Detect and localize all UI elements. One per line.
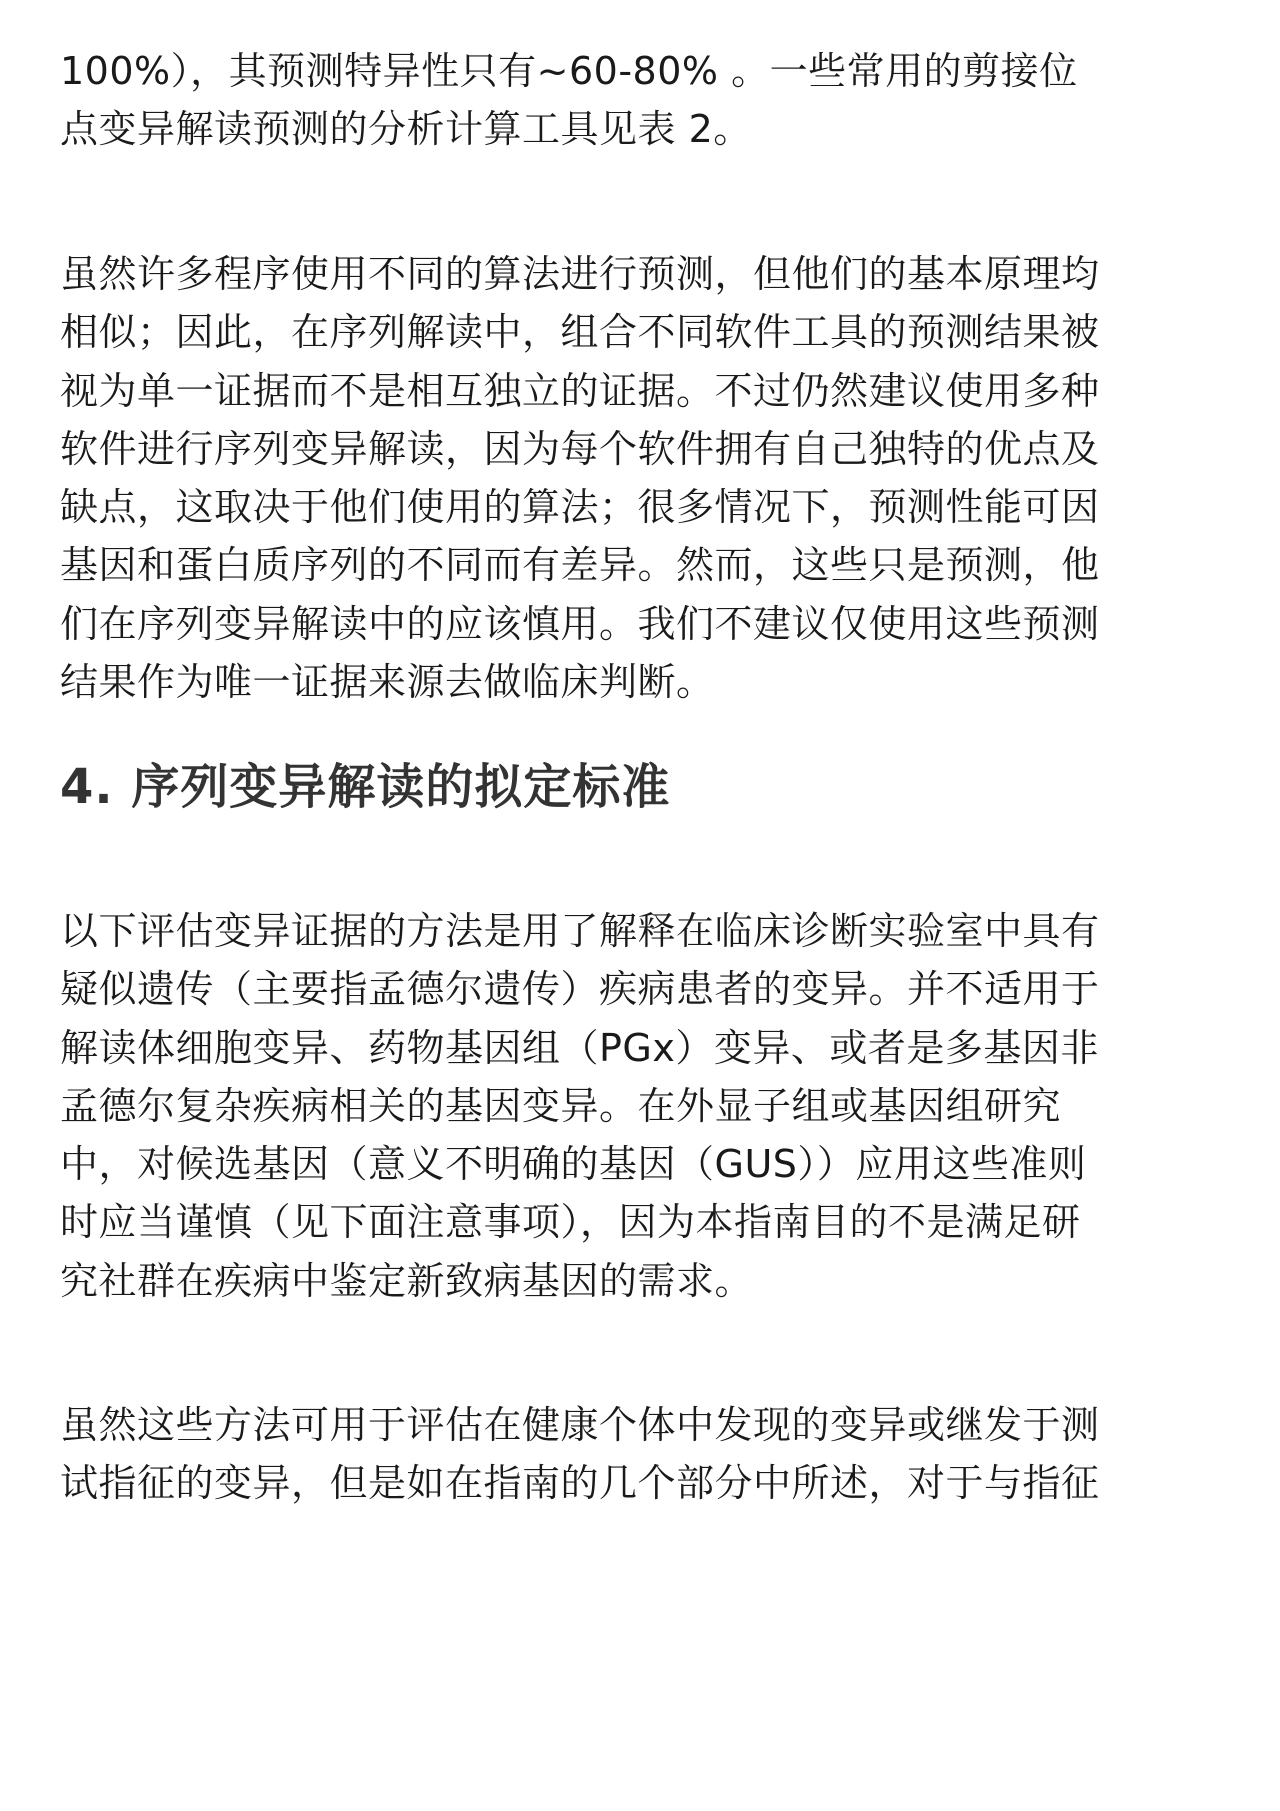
text-line: 软件进行序列变异解读，因为每个软件拥有自己独特的优点及 (60, 420, 1230, 478)
text-line: 解读体细胞变异、药物基因组（PGx）变异、或者是多基因非 (60, 1019, 1230, 1077)
text-line: 基因和蛋白质序列的不同而有差异。然而，这些只是预测，他 (60, 536, 1230, 594)
text-line: 中，对候选基因（意义不明确的基因（GUS））应用这些准则 (60, 1135, 1230, 1193)
text-line: 试指征的变异，但是如在指南的几个部分中所述，对于与指征 (60, 1454, 1230, 1512)
paragraph-scope: 以下评估变异证据的方法是用了解释在临床诊断实验室中具有 疑似遗传（主要指孟德尔遗… (60, 902, 1230, 1310)
text-line: 视为单一证据而不是相互独立的证据。不过仍然建议使用多种 (60, 362, 1230, 420)
paragraph-prediction-caution: 虽然许多程序使用不同的算法进行预测，但他们的基本原理均 相似；因此，在序列解读中… (60, 245, 1230, 711)
text-line: 相似；因此，在序列解读中，组合不同软件工具的预测结果被 (60, 303, 1230, 361)
text-line: 虽然许多程序使用不同的算法进行预测，但他们的基本原理均 (60, 245, 1230, 303)
text-line: 以下评估变异证据的方法是用了解释在临床诊断实验室中具有 (60, 902, 1230, 960)
text-line: 们在序列变异解读中的应该慎用。我们不建议仅使用这些预测 (60, 595, 1230, 653)
text-line: 孟德尔复杂疾病相关的基因变异。在外显子组或基因组研究 (60, 1077, 1230, 1135)
paragraph-splice-tools: 100%），其预测特异性只有~60-80% 。一些常用的剪接位 点变异解读预测的… (60, 42, 1230, 159)
paragraph-healthy-individuals: 虽然这些方法可用于评估在健康个体中发现的变异或继发于测 试指征的变异，但是如在指… (60, 1396, 1230, 1513)
text-line: 100%），其预测特异性只有~60-80% 。一些常用的剪接位 (60, 42, 1230, 100)
text-line: 缺点，这取决于他们使用的算法；很多情况下，预测性能可因 (60, 478, 1230, 536)
text-line: 结果作为唯一证据来源去做临床判断。 (60, 653, 1230, 711)
section-heading: 4. 序列变异解读的拟定标准 (60, 757, 1230, 817)
text-line: 究社群在疾病中鉴定新致病基因的需求。 (60, 1252, 1230, 1310)
text-line: 疑似遗传（主要指孟德尔遗传）疾病患者的变异。并不适用于 (60, 960, 1230, 1018)
text-line: 虽然这些方法可用于评估在健康个体中发现的变异或继发于测 (60, 1396, 1230, 1454)
text-line: 时应当谨慎（见下面注意事项），因为本指南目的不是满足研 (60, 1193, 1230, 1251)
text-line: 点变异解读预测的分析计算工具见表 2。 (60, 100, 1230, 158)
